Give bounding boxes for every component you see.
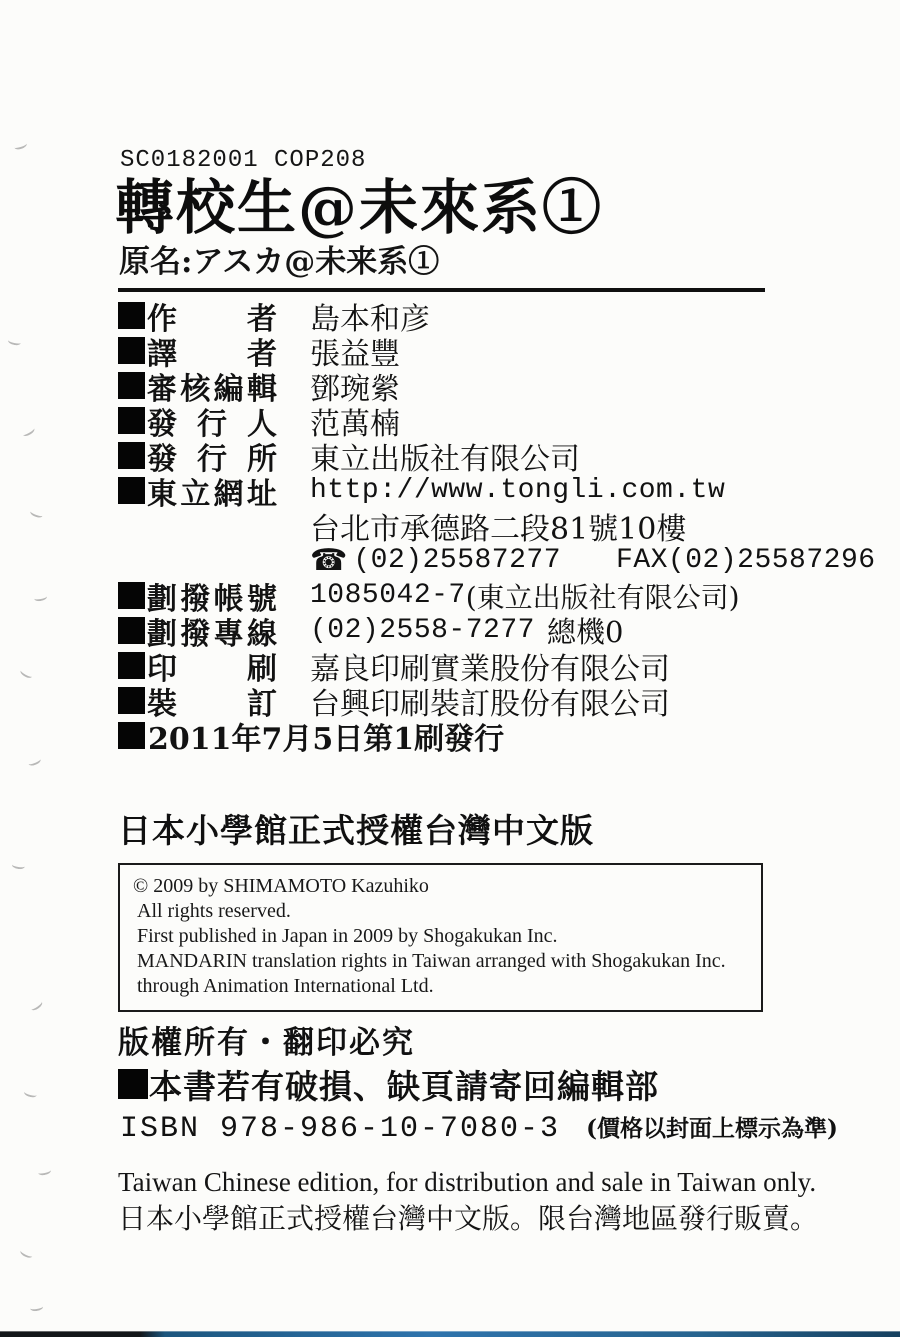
bullet-square-icon bbox=[118, 477, 145, 504]
scan-edge-bar bbox=[0, 1331, 900, 1337]
scan-noise-mark bbox=[37, 1167, 51, 1177]
phone-number: (02)25587277 bbox=[353, 545, 561, 576]
hotline-number: (02)2558-7277 bbox=[310, 615, 535, 646]
scan-noise-mark bbox=[19, 1248, 34, 1260]
license-heading: 日本小學館正式授權台灣中文版 bbox=[118, 811, 900, 851]
credit-value: 東立出版社有限公司 bbox=[310, 434, 580, 478]
credit-label: 東立網址 bbox=[147, 469, 277, 513]
scan-noise-mark bbox=[13, 140, 28, 151]
bullet-square-icon bbox=[118, 722, 145, 749]
scan-noise-mark bbox=[12, 861, 26, 870]
isbn-row: ISBN 978-986-10-7080-3 (價格以封面上標示為準) bbox=[120, 1110, 900, 1146]
copyright-line: © 2009 by SHIMAMOTO Kazuhiko bbox=[133, 874, 747, 899]
price-note: (價格以封面上標示為準) bbox=[586, 1110, 838, 1143]
telephone-icon: ☎ bbox=[310, 543, 347, 578]
original-title: 原名:アスカ@未来系① bbox=[119, 244, 900, 280]
credits-list: 作 者 島本和彦 譯 者 張益豐 審核編輯 鄧琬縈 發 行 人 范萬楠 發 行 … bbox=[0, 298, 900, 753]
copyright-line: First published in Japan in 2009 by Shog… bbox=[133, 924, 747, 949]
title-divider-rule bbox=[118, 288, 765, 292]
english-distribution-notice: Taiwan Chinese edition, for distribution… bbox=[118, 1166, 900, 1198]
bullet-square-icon bbox=[118, 617, 145, 644]
copyright-line: through Animation International Ltd. bbox=[133, 974, 747, 999]
fax-number: FAX(02)25587296 bbox=[616, 545, 876, 576]
scan-noise-mark bbox=[30, 1303, 44, 1312]
credit-row-phone: ☎ (02)25587277 FAX(02)25587296 bbox=[310, 543, 900, 578]
bullet-square-icon bbox=[118, 372, 145, 399]
credit-row-print-date: 2011年7月5日第1刷發行 bbox=[118, 718, 900, 753]
bullet-square-icon bbox=[118, 1069, 148, 1099]
scan-noise-mark bbox=[29, 999, 44, 1012]
bullet-square-icon bbox=[118, 687, 145, 714]
website-url: http://www.tongli.com.tw bbox=[310, 475, 725, 506]
book-title: 轉校生@未來系① bbox=[115, 176, 900, 240]
publisher-address: 台北市承德路二段81號10樓 bbox=[310, 504, 686, 548]
copyright-box: © 2009 by SHIMAMOTO Kazuhiko All rights … bbox=[118, 863, 763, 1012]
bullet-square-icon bbox=[118, 337, 145, 364]
damage-notice: 本書若有破損、缺頁請寄回編輯部 bbox=[149, 1061, 659, 1108]
bullet-square-icon bbox=[118, 652, 145, 679]
print-date: 2011年7月5日第1刷發行 bbox=[148, 714, 504, 758]
damage-notice-row: 本書若有破損、缺頁請寄回編輯部 bbox=[118, 1064, 900, 1104]
bullet-square-icon bbox=[118, 302, 145, 329]
copyright-line: All rights reserved. bbox=[133, 899, 747, 924]
credit-row-address: 台北市承德路二段81號10樓 bbox=[310, 508, 900, 543]
bullet-square-icon bbox=[118, 582, 145, 609]
scan-noise-mark bbox=[23, 1088, 37, 1098]
rights-notice: 版權所有・翻印必究 bbox=[118, 1024, 900, 1062]
postal-account-number: 1085042-7 bbox=[310, 580, 466, 611]
colophon-page: SC0182001 COP208 轉校生@未來系① 原名:アスカ@未来系① 作 … bbox=[0, 0, 900, 1337]
product-code: SC0182001 COP208 bbox=[120, 148, 900, 174]
scan-noise-mark bbox=[27, 756, 42, 767]
copyright-line: MANDARIN translation rights in Taiwan ar… bbox=[133, 949, 747, 974]
bullet-square-icon bbox=[118, 407, 145, 434]
bullet-square-icon bbox=[118, 442, 145, 469]
isbn-number: ISBN 978-986-10-7080-3 bbox=[120, 1112, 560, 1146]
chinese-distribution-notice: 日本小學館正式授權台灣中文版。限台灣地區發行販賣。 bbox=[118, 1202, 900, 1236]
